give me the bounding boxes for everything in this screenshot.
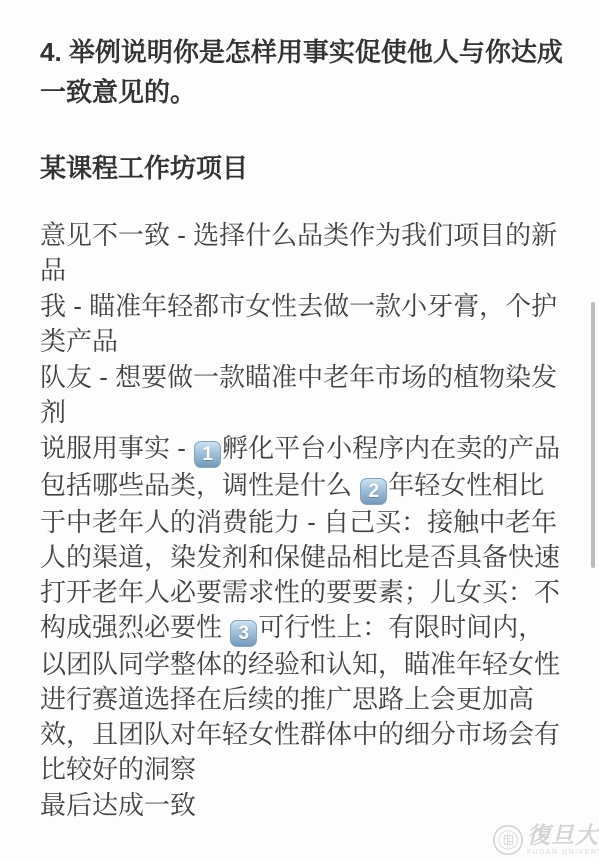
watermark-chinese: 復旦大學 <box>527 824 599 847</box>
paragraph-persuasion-facts: 说服用事实 - 1孵化平台小程序内在卖的产品包括哪些品类，调性是什么 2年轻女性… <box>40 431 568 787</box>
paragraph-teammate-proposal: 队友 - 想要做一款瞄准中老年市场的植物染发剂 <box>40 360 568 430</box>
persuasion-segment-1: 说服用事实 - <box>40 433 193 463</box>
question-heading: 4. 举例说明你是怎样用事实促使他人与你达成一致意见的。 <box>40 32 568 112</box>
keycap-1-icon: 1 <box>194 441 221 468</box>
paragraph-disagreement: 意见不一致 - 选择什么品类作为我们项目的新品 <box>40 218 568 288</box>
scrollbar-thumb[interactable] <box>591 302 595 568</box>
watermark-text-block: 復旦大學 FUDAN UNIVERSITY <box>527 824 599 856</box>
project-title: 某课程工作坊项目 <box>40 148 568 188</box>
paragraph-conclusion: 最后达成一致 <box>40 788 568 823</box>
paragraph-my-proposal: 我 - 瞄准年轻都市女性去做一款小牙膏，个护类产品 <box>40 289 568 359</box>
notes-page: 4. 举例说明你是怎样用事实促使他人与你达成一致意见的。 某课程工作坊项目 意见… <box>0 0 599 823</box>
notes-body: 意见不一致 - 选择什么品类作为我们项目的新品 我 - 瞄准年轻都市女性去做一款… <box>40 218 568 823</box>
fudan-seal-icon <box>492 824 524 856</box>
keycap-3-icon: 3 <box>230 620 257 647</box>
document-canvas: { "page": { "background": "#fdfdfd", "te… <box>0 0 599 862</box>
keycap-2-icon: 2 <box>360 478 387 505</box>
fudan-watermark: 復旦大學 FUDAN UNIVERSITY <box>492 817 599 862</box>
watermark-english: FUDAN UNIVERSITY <box>527 849 599 856</box>
